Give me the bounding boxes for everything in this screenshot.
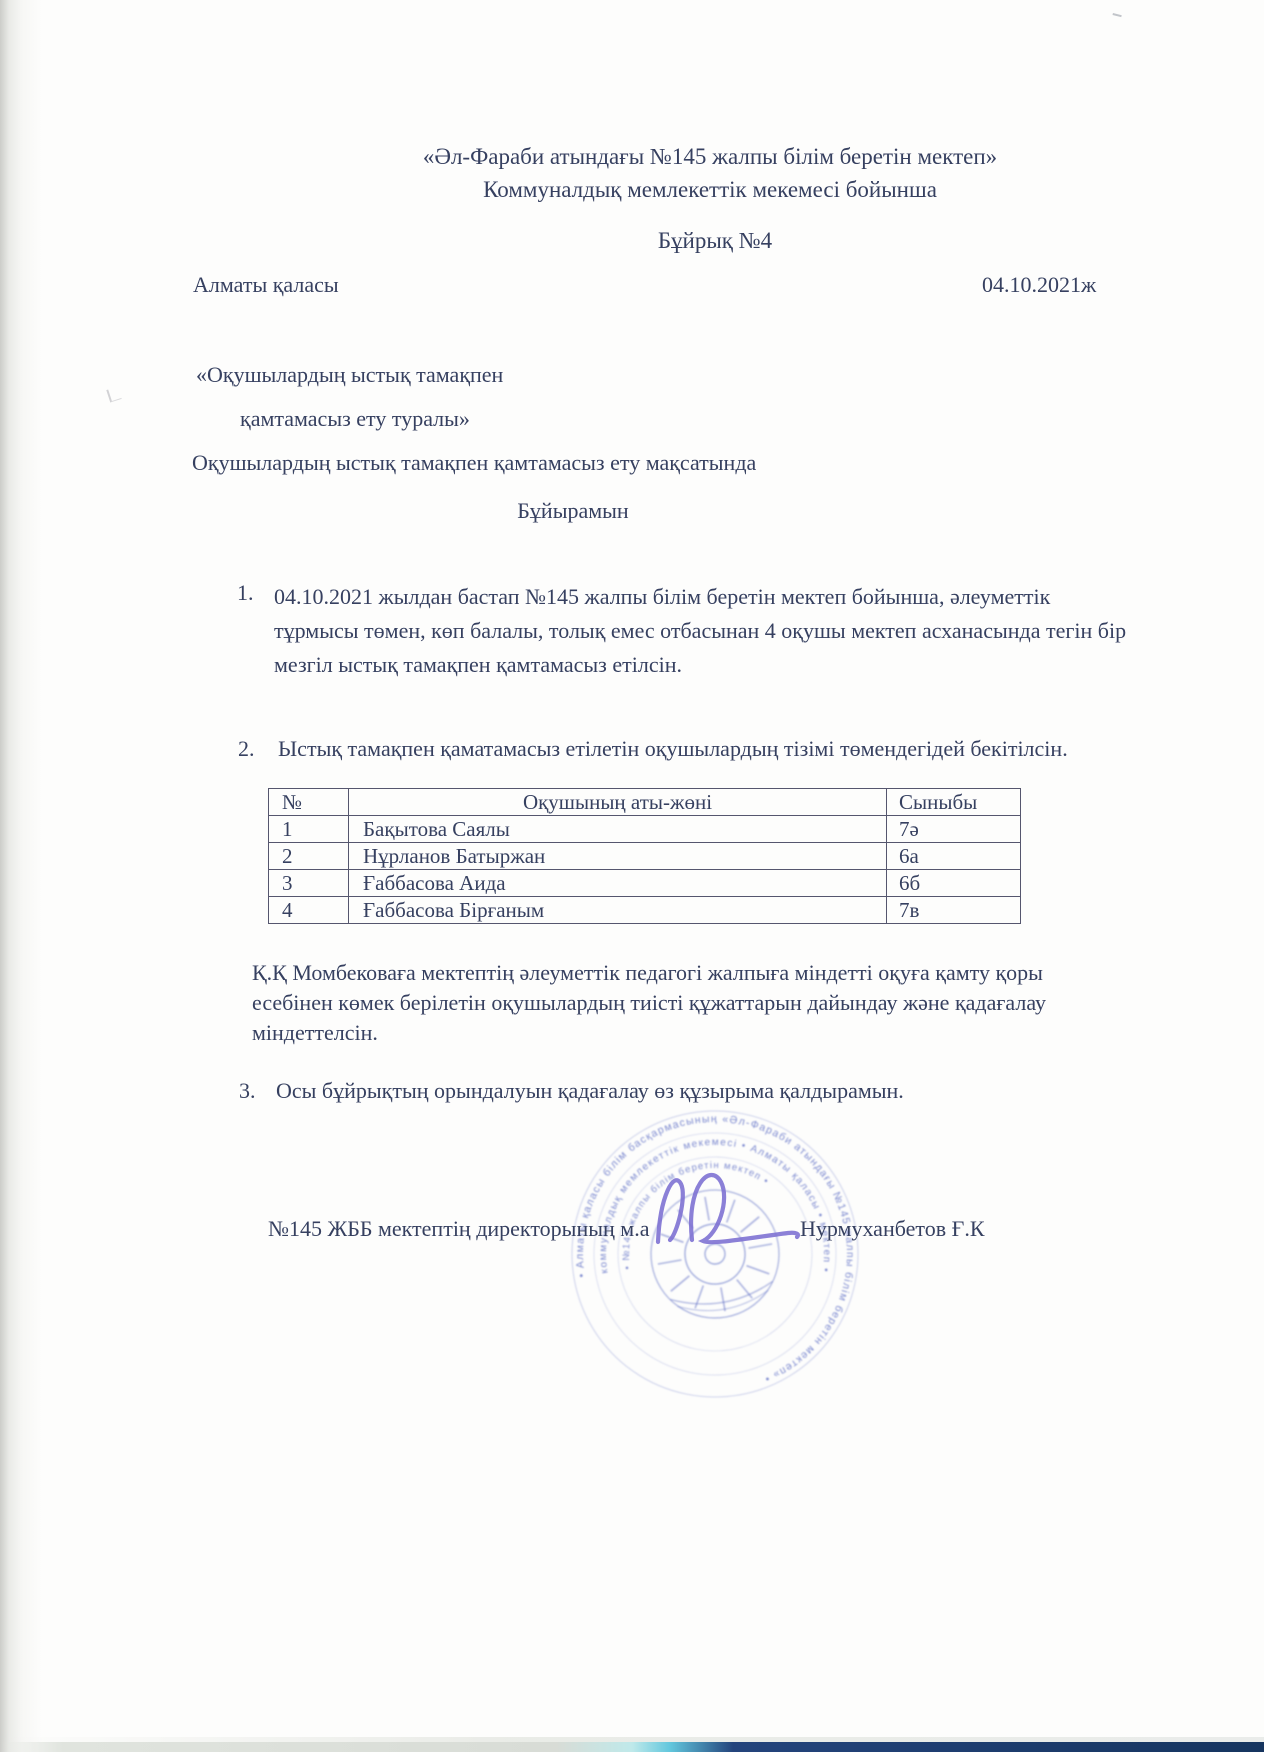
item2-number: 2. xyxy=(238,736,255,762)
org-name-line2: Коммуналдық мемлекеттік мекемесі бойынша xyxy=(423,173,997,206)
scan-edge-left xyxy=(0,0,42,1752)
subject-line2: қамтамасыз ету туралы» xyxy=(240,406,470,432)
subject-line1: «Оқушылардың ыстық тамақпен xyxy=(196,362,503,388)
students-table: № Оқушының аты-жөні Сыныбы 1 Бақытова Са… xyxy=(268,788,1021,924)
item3-number: 3. xyxy=(239,1078,256,1104)
purpose-line: Оқушылардың ыстық тамақпен қамтамасыз ет… xyxy=(192,450,756,476)
item1-text: 04.10.2021 жылдан бастап №145 жалпы білі… xyxy=(274,580,1126,682)
row2-class: 6а xyxy=(887,843,1021,870)
city-label: Алматы қаласы xyxy=(193,272,339,298)
item2-text: Ыстық тамақпен қаматамасыз етілетін оқуш… xyxy=(278,736,1068,762)
handwritten-signature xyxy=(630,1150,810,1260)
row2-number: 2 xyxy=(269,843,349,870)
signer-name: Нурмуханбетов Ғ.К xyxy=(800,1216,985,1242)
order-title: Бұйрық №4 xyxy=(658,228,772,254)
scan-artifact xyxy=(1111,13,1121,22)
row1-class: 7ә xyxy=(887,816,1021,843)
item1-line2: тұрмысы төмен, көп балалы, толық емес от… xyxy=(274,614,1126,648)
table-row: 1 Бақытова Саялы 7ә xyxy=(269,816,1021,843)
item1-line1: 04.10.2021 жылдан бастап №145 жалпы білі… xyxy=(274,580,1126,614)
row3-name: Ғаббасова Аида xyxy=(349,870,887,897)
header-number: № xyxy=(269,789,349,816)
responsibility-paragraph: Қ.Қ Момбековаға мектептің әлеуметтік пед… xyxy=(252,958,1046,1048)
row4-class: 7в xyxy=(887,897,1021,924)
header-class: Сыныбы xyxy=(887,789,1021,816)
paragraph-line1: Қ.Қ Момбековаға мектептің әлеуметтік пед… xyxy=(252,958,1046,988)
item1-number: 1. xyxy=(237,580,254,606)
org-name-line1: «Әл-Фараби атындағы №145 жалпы білім бер… xyxy=(423,140,997,173)
table-header-row: № Оқушының аты-жөні Сыныбы xyxy=(269,789,1021,816)
table-row: 4 Ғаббасова Бірғаным 7в xyxy=(269,897,1021,924)
row1-name: Бақытова Саялы xyxy=(349,816,887,843)
table-row: 3 Ғаббасова Аида 6б xyxy=(269,870,1021,897)
table-row: 2 Нұрланов Батыржан 6а xyxy=(269,843,1021,870)
header-student-name: Оқушының аты-жөні xyxy=(349,789,887,816)
scan-bottom-edge xyxy=(0,1742,1264,1752)
row4-name: Ғаббасова Бірғаным xyxy=(349,897,887,924)
row3-number: 3 xyxy=(269,870,349,897)
row3-class: 6б xyxy=(887,870,1021,897)
scanned-order-document: «Әл-Фараби атындағы №145 жалпы білім бер… xyxy=(0,0,1264,1752)
row4-number: 4 xyxy=(269,897,349,924)
row1-number: 1 xyxy=(269,816,349,843)
order-date: 04.10.2021ж xyxy=(982,272,1096,298)
item1-line3: мезгіл ыстық тамақпен қамтамасыз етілсін… xyxy=(274,648,1126,682)
paragraph-line2: есебінен көмек берілетін оқушылардың тиі… xyxy=(252,988,1046,1018)
scan-artifact xyxy=(106,386,121,402)
signature-label: №145 ЖББ мектептің директорының м.а xyxy=(268,1216,649,1242)
row2-name: Нұрланов Батыржан xyxy=(349,843,887,870)
paragraph-line3: міндеттелсін. xyxy=(252,1018,1046,1048)
decree-word: Бұйырамын xyxy=(517,498,628,524)
org-header: «Әл-Фараби атындағы №145 жалпы білім бер… xyxy=(710,140,1264,206)
